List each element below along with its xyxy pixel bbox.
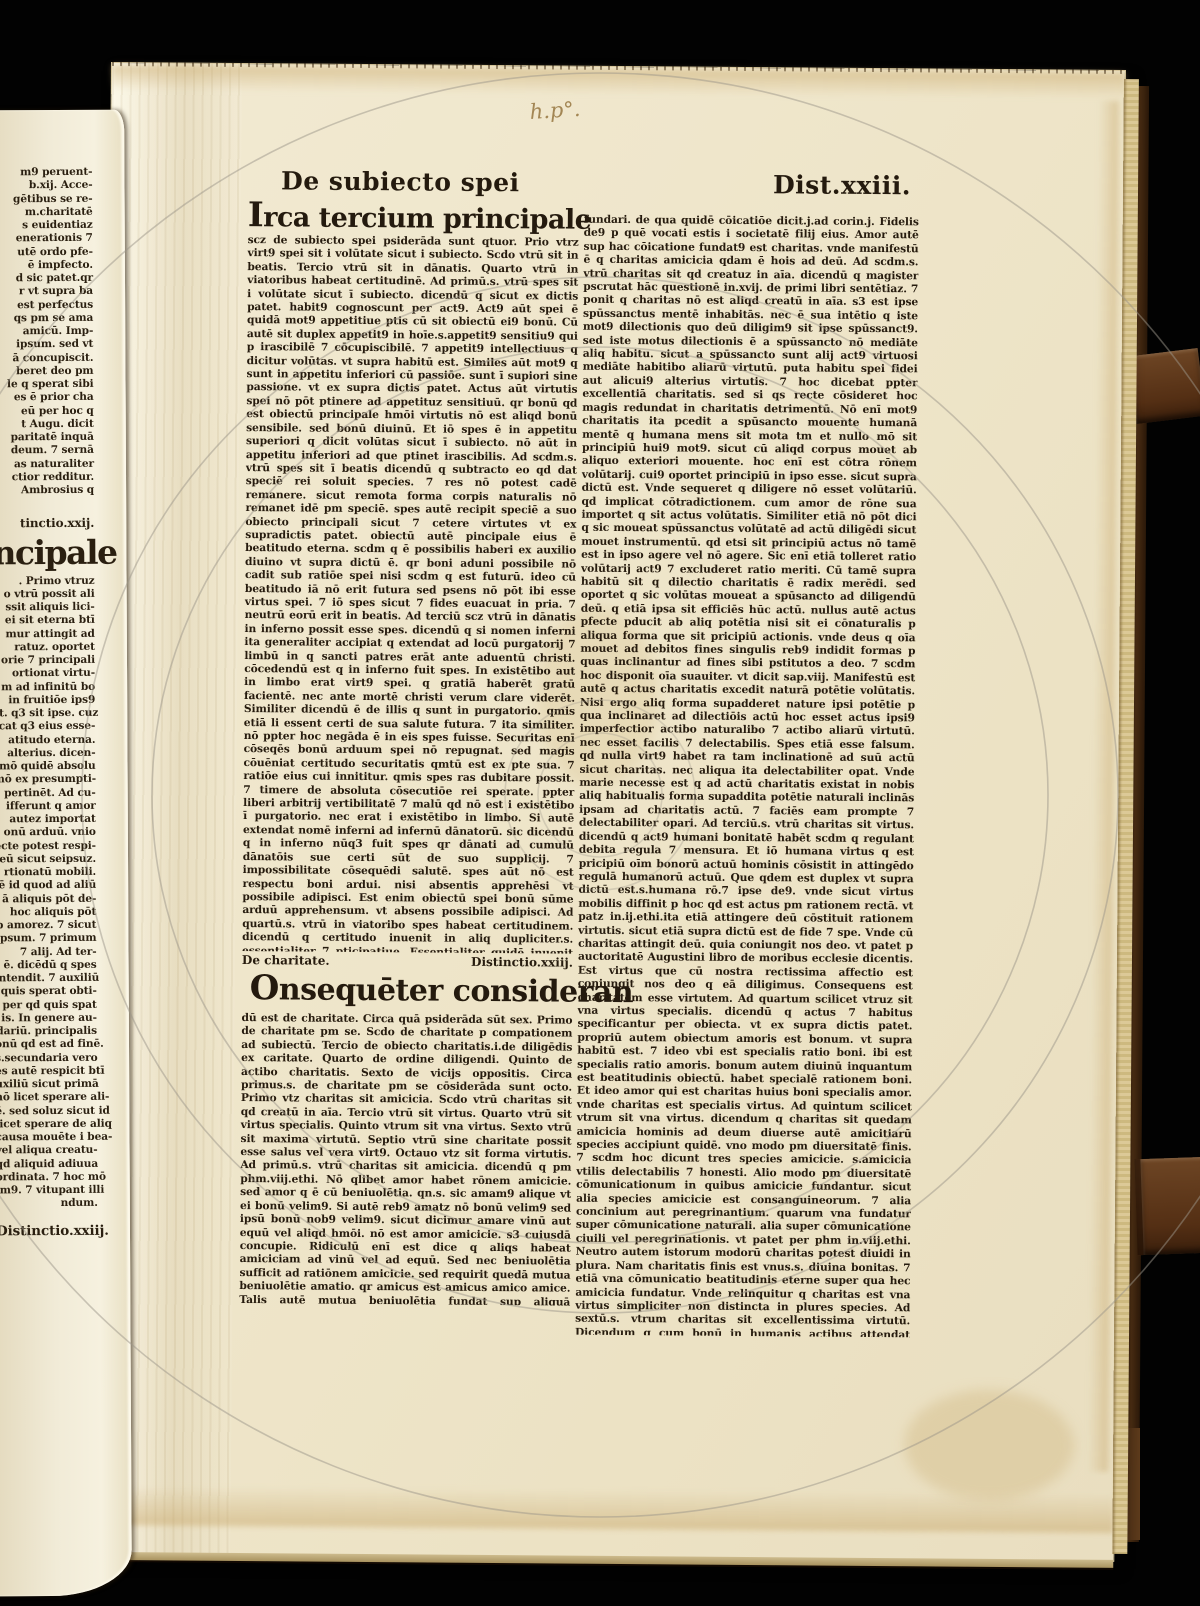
previous-page-line: ē. sed soluz sicut id xyxy=(0,1104,97,1118)
previous-page-line: ecte potest respi- xyxy=(0,839,96,853)
previous-page-line: s euidentiaz xyxy=(0,219,93,233)
running-header-left: De subiecto spei xyxy=(281,166,520,197)
section-heading-circa-tercium: Irca tercium principale xyxy=(248,200,579,236)
previous-page-line: 7 alij. Ad ter- xyxy=(0,945,97,959)
previous-page-line: ipsum. sed vt xyxy=(0,338,93,352)
paragraph: scz de subiecto spei psiderāda sunt qtuo… xyxy=(242,233,579,954)
previous-page-line: st. q3 sit ipse. cuz xyxy=(0,707,95,721)
previous-page-line: mō quidē absolu xyxy=(0,760,96,774)
previous-page-line: licet sperare de aliq xyxy=(0,1118,97,1132)
body-text-block: dū est de charitate. Circa quā psiderāda… xyxy=(239,1011,572,1306)
previous-page-line: alterius. dicen- xyxy=(0,747,96,761)
previous-page-line: . Primo vtruz xyxy=(0,574,95,588)
stain-blot xyxy=(904,1389,1075,1500)
previous-page-line: dariū. principalis xyxy=(0,1025,97,1039)
previous-page-line: m9 peruent- xyxy=(0,166,92,180)
previous-page-line: intendit. 7 auxiliū xyxy=(0,972,97,986)
previous-page-line: quis sperat obti- xyxy=(0,985,97,999)
previous-page-line: es ē prior cha xyxy=(0,391,94,405)
previous-page-edge: m9 peruent-b.xij. Acce-gētibus se re-m.c… xyxy=(0,110,132,1597)
previous-page-line: o vtrū possit ali xyxy=(0,588,95,602)
previous-page-line: hoc aliquis pōt xyxy=(0,906,96,920)
previous-page-line: nō licet sperare ali- xyxy=(0,1091,97,1105)
book-page: h.p°. De subiecto spei Dist.xxiii. Irca … xyxy=(100,63,1125,1561)
previous-page-line: mō ex presumpti- xyxy=(0,773,96,787)
section-heading-consequenter: Onsequēter consideran xyxy=(250,970,573,1011)
previous-page-text: m9 peruent-b.xij. Acce-gētibus se re-m.c… xyxy=(0,166,98,1238)
previous-page-line: ē impfecto. xyxy=(0,259,93,273)
previous-page-line: p amorez. 7 sicut xyxy=(0,919,96,933)
previous-page-line: ifferunt q amor xyxy=(0,800,96,814)
previous-page-line: ratuz. oportet xyxy=(0,641,95,655)
previous-page-line: est perfectus xyxy=(0,298,93,312)
previous-page-line: onū qd est ad finē. xyxy=(0,1038,97,1052)
previous-page-line: enerationis 7 xyxy=(0,232,93,246)
previous-page-line: ncipale xyxy=(0,530,95,575)
previous-page-line: deum. 7 sernā xyxy=(0,444,94,458)
previous-page-line: m ad infinitū bo xyxy=(0,680,95,694)
paragraph: dū est de charitate. Circa quā psiderāda… xyxy=(239,1011,572,1306)
previous-page-line: le q sperat sibi xyxy=(0,378,94,392)
handwritten-foliation-mark: h.p°. xyxy=(529,97,581,124)
previous-page-line: icat q3 eius esse- xyxy=(0,720,95,734)
rubric-distinctio: Distinctio.xxiij. xyxy=(471,954,573,971)
previous-page-line: autez importat xyxy=(0,813,96,827)
previous-page-line: is. In genere au- xyxy=(0,1012,97,1026)
leather-clasp-strap-top xyxy=(1128,348,1200,424)
previous-page-line: ē. dicēdū q spes xyxy=(0,959,97,973)
previous-page-line: eū sicut seipsuz. xyxy=(0,853,96,867)
chapter-rubric-line: De charitate. Distinctio.xxiij. xyxy=(242,952,573,971)
previous-page-line: onū arduū. vnio xyxy=(0,826,96,840)
paragraph: fundari. de qua quidē cōicatiōe dicit.j.… xyxy=(575,213,919,1338)
previous-page-line: ā concupiscit. xyxy=(0,351,93,365)
rubric-de-charitate: De charitate. xyxy=(242,952,330,969)
previous-page-line: paritatē inquā xyxy=(0,431,94,445)
previous-page-line: b.xij. Acce- xyxy=(0,179,93,193)
previous-page-line: Distinctio.xxiij. xyxy=(0,1210,98,1238)
body-text-block: fundari. de qua quidē cōicatiōe dicit.j.… xyxy=(575,213,919,1338)
previous-page-line: utē ordo pfe- xyxy=(0,245,93,259)
previous-page-line: im9. 7 vitupant illi xyxy=(0,1184,98,1198)
text-column-left: Irca tercium principale scz de subiecto … xyxy=(239,200,579,1306)
previous-page-line: r vt supra ba xyxy=(0,285,93,299)
previous-page-line: ā aliquis pōt de- xyxy=(0,892,96,906)
previous-page-line: orie 7 principali xyxy=(0,654,95,668)
previous-page-line: uxiliū sicut primā xyxy=(0,1078,97,1092)
previous-page-line: ndum. xyxy=(0,1197,98,1211)
previous-page-line: atitudo eterna. xyxy=(0,733,95,747)
previous-page-line: es autē respicit btī xyxy=(0,1065,97,1079)
previous-page-line: ei sit eterna btī xyxy=(0,614,95,628)
page-bottom-edge xyxy=(100,1552,1113,1568)
previous-page-line: d sic patet.qr xyxy=(0,272,93,286)
previous-page-line: mur attingit ad xyxy=(0,627,95,641)
previous-page-line: per qd quis spat xyxy=(0,998,97,1012)
previous-page-line: Ambrosius q xyxy=(0,484,94,498)
previous-page-line: ortionat virtu- xyxy=(0,667,95,681)
previous-page-line: psum. 7 primum xyxy=(0,932,96,946)
previous-page-line: in fruitiōe ips9 xyxy=(0,694,95,708)
text-column-right: fundari. de qua quidē cōicatiōe dicit.j.… xyxy=(575,213,919,1338)
previous-page-line: ordinata. 7 hoc mō xyxy=(0,1171,98,1185)
decorated-initial: O xyxy=(250,968,279,1008)
previous-page-line: vel aliqua creatu- xyxy=(0,1144,98,1158)
previous-page-line xyxy=(0,497,94,509)
previous-page-line: ssit aliquis lici- xyxy=(0,601,95,615)
previous-page-line: as naturaliter xyxy=(0,457,94,471)
body-text-block: scz de subiecto spei psiderāda sunt qtuo… xyxy=(242,233,579,954)
previous-page-line: qd aliquid adiuua xyxy=(0,1157,98,1171)
previous-page-line: qs pm se ama xyxy=(0,312,93,326)
leather-clasp-strap-middle xyxy=(1134,1157,1200,1255)
previous-page-line: s.secundaria vero xyxy=(0,1051,97,1065)
previous-page-line: amicū. Imp- xyxy=(0,325,93,339)
previous-page-line: m.charitatē xyxy=(0,206,93,220)
previous-page-line: pertinēt. Ad cu- xyxy=(0,786,96,800)
book-photo: h.p°. De subiecto spei Dist.xxiii. Irca … xyxy=(0,0,1200,1606)
previous-page-line: gētibus se re- xyxy=(0,192,93,206)
previous-page-line: ē id quod ad aliū xyxy=(0,879,96,893)
previous-page-line: tinctio.xxij. xyxy=(0,508,94,531)
previous-page-line: causa mouēte i bea- xyxy=(0,1131,98,1145)
previous-page-line: t Augu. dicit xyxy=(0,418,94,432)
previous-page-line: beret deo pm xyxy=(0,365,94,379)
running-header-right: Dist.xxiii. xyxy=(773,170,911,200)
decorated-initial: I xyxy=(248,195,264,235)
previous-page-line: eū per hoc q xyxy=(0,404,94,418)
previous-page-line: ctior redditur. xyxy=(0,471,94,485)
previous-page-line: rtionatū mobili. xyxy=(0,866,96,880)
